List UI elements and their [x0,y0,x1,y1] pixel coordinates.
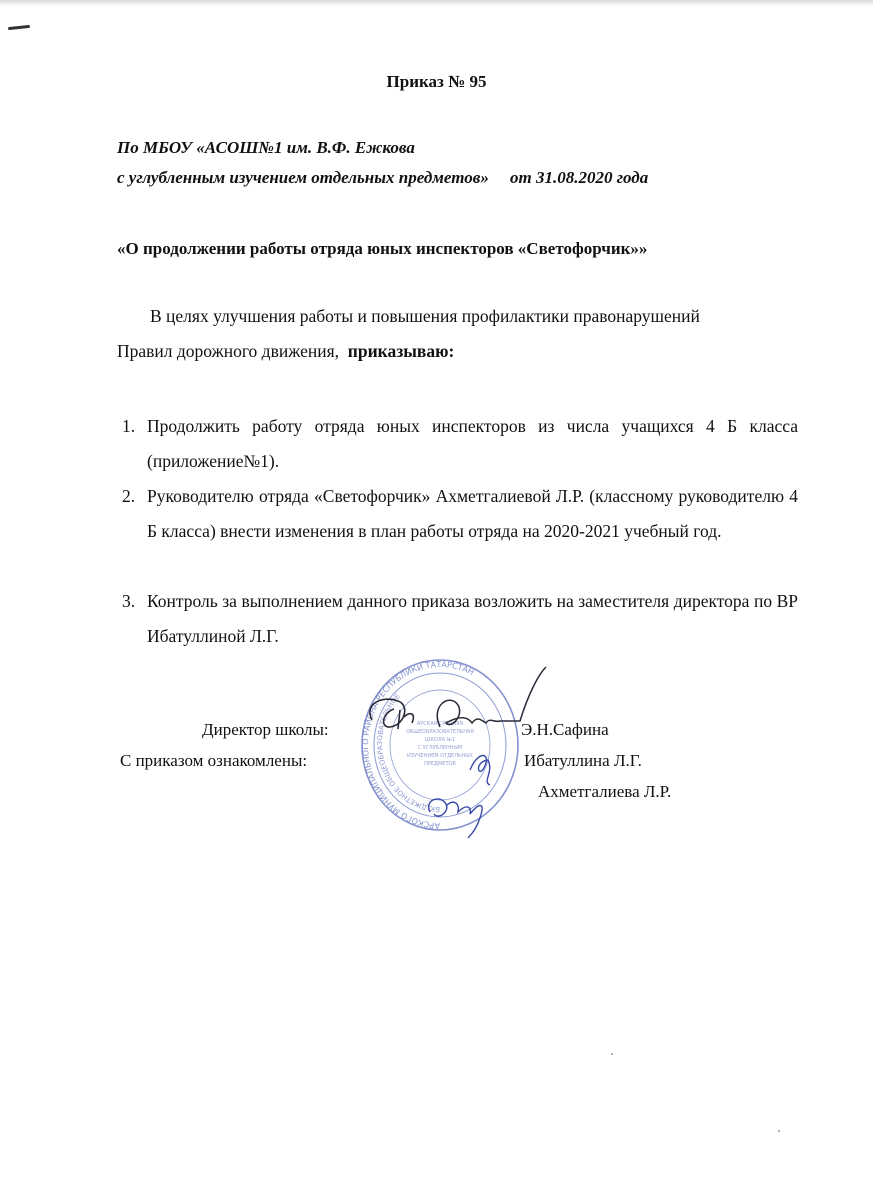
scan-speck [611,1053,613,1055]
item-text: Руководителю отряда «Светофорчик» Ахметг… [147,479,798,549]
item-number: 3. [122,584,135,619]
order-item: 3. Контроль за выполнением данного прика… [122,584,798,654]
preamble-line-2: Правил дорожного движения, приказываю: [117,341,454,362]
organization-line-1: По МБОУ «АСОШ№1 им. В.Ф. Ежкова [117,138,415,158]
order-item: 2. Руководителю отряда «Светофорчик» Ахм… [122,479,798,549]
acknowledged-label: С приказом ознакомлены: [120,751,307,771]
acknowledged-name: Ибатуллина Л.Г. [524,751,642,771]
item-text: Контроль за выполнением данного приказа … [147,584,798,654]
preamble-line-1: В целях улучшения работы и повышения про… [150,306,700,327]
scan-top-edge [0,0,873,6]
scan-mark [8,25,30,30]
item-number: 2. [122,479,135,514]
acknowledged-name: Ахметгалиева Л.Р. [538,782,671,802]
order-word: приказываю: [348,341,455,361]
director-label: Директор школы: [202,720,329,740]
item-text: Продолжить работу отряда юных инспекторо… [147,409,798,479]
director-name: Э.Н.Сафина [521,720,609,740]
scan-speck [778,1130,780,1132]
organization-line-2: с углубленным изучением отдельных предме… [117,168,489,188]
order-item: 1. Продолжить работу отряда юных инспект… [122,409,798,479]
document-date: от 31.08.2020 года [510,168,648,188]
document-title: Приказ № 95 [0,72,873,92]
preamble-text: Правил дорожного движения, [117,341,339,361]
acknowledgement-signatures [420,740,510,840]
item-number: 1. [122,409,135,444]
order-subject: «О продолжении работы отряда юных инспек… [117,239,647,259]
